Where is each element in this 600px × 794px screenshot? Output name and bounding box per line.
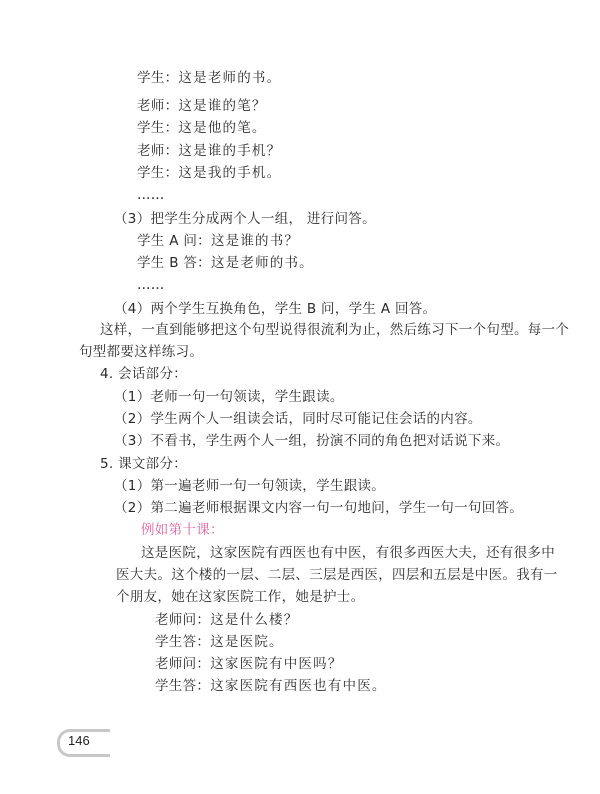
section-5-heading: 5. 课文部分： (100, 455, 187, 473)
dialogue-line: 老师问：这是什么楼？ (155, 611, 298, 629)
section-5-item: （1）第一遍老师一句一句领读，学生跟读。 (114, 477, 385, 495)
section-4-item: （1）老师一句一句领读，学生跟读。 (114, 388, 344, 406)
example-label: 例如第十课： (141, 521, 224, 539)
ellipsis: …… (137, 276, 165, 294)
dialogue-line: 学生：这是他的笔。 (137, 119, 267, 137)
ellipsis: …… (137, 186, 165, 204)
page-number: 146 (68, 733, 90, 748)
paragraph-line: 句型都要这样练习。 (79, 343, 203, 361)
dialogue-line: 老师：这是谁的手机？ (137, 142, 281, 160)
dialogue-line: 学生 A 问：这是谁的书？ (137, 232, 299, 250)
step-3: （3）把学生分成两个人一组， 进行问答。 (114, 210, 376, 228)
step-4: （4）两个学生互换角色，学生 B 问，学生 A 回答。 (114, 300, 436, 318)
dialogue-line: 老师：这是谁的笔？ (137, 97, 267, 115)
section-5-item: （2）第二遍老师根据课文内容一句一句地问，学生一句一句回答。 (114, 499, 523, 517)
example-text-line: 医大夫。这个楼的一层、二层、三层是西医，四层和五层是中医。我有一 (116, 566, 558, 584)
dialogue-line: 老师问：这家医院有中医吗？ (155, 655, 343, 673)
dialogue-line: 学生：这是我的手机。 (137, 164, 281, 182)
example-text-line: 个朋友，她在这家医院工作，她是护士。 (116, 588, 364, 606)
section-4-heading: 4. 会话部分： (100, 365, 187, 383)
dialogue-line: 学生答：这是医院。 (155, 633, 284, 651)
example-text-line: 这是医院，这家医院有西医也有中医，有很多西医大夫，还有很多中 (141, 544, 555, 562)
paragraph-line: 这样，一直到能够把这个句型说得很流利为止，然后练习下一个句型。每一个 (100, 321, 569, 339)
dialogue-line: 学生：这是老师的书。 (137, 69, 281, 87)
section-4-item: （3）不看书，学生两个人一组，扮演不同的角色把对话说下来。 (114, 432, 509, 450)
dialogue-line: 学生答：这家医院有西医也有中医。 (155, 677, 387, 695)
dialogue-line: 学生 B 答：这是老师的书。 (137, 254, 314, 272)
section-4-item: （2）学生两个人一组读会话，同时尽可能记住会话的内容。 (114, 410, 482, 428)
